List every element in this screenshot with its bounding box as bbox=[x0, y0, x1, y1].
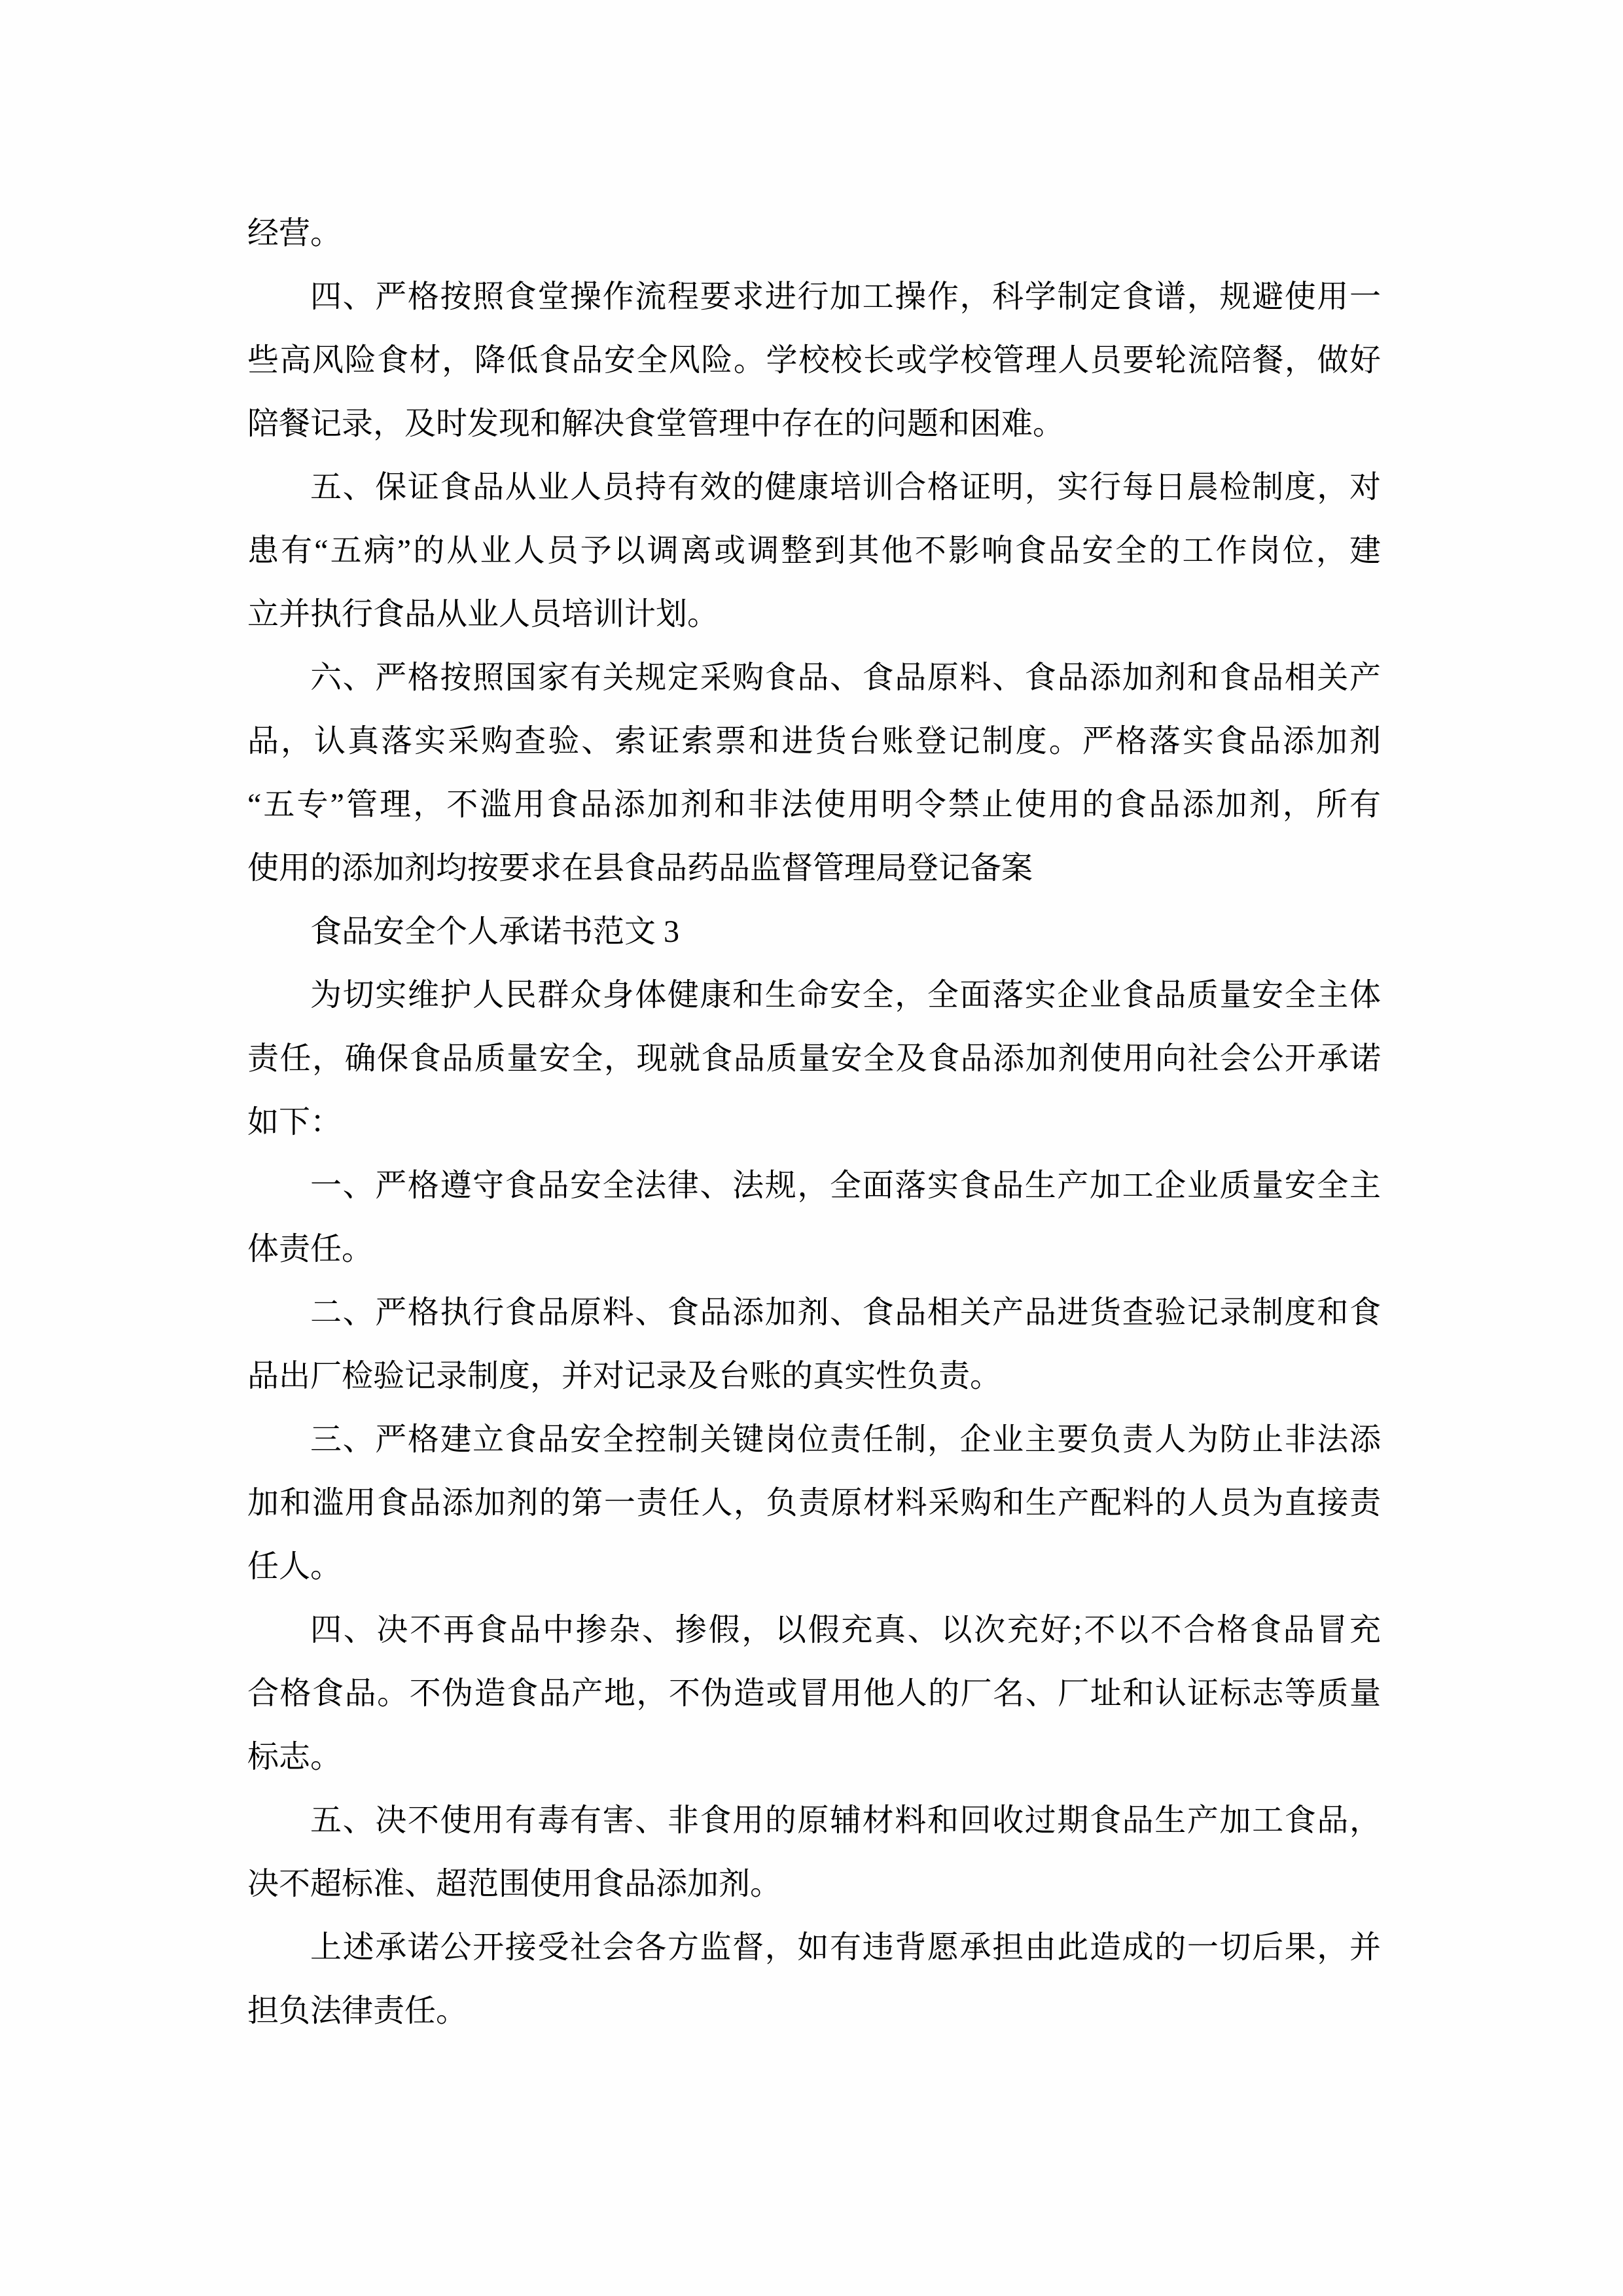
text-line: 立并执行食品从业人员培训计划。 bbox=[247, 583, 1381, 646]
text-line: 使用的添加剂均按要求在县食品药品监督管理局登记备案 bbox=[247, 836, 1381, 900]
text-line: 五、保证食品从业人员持有效的健康培训合格证明，实行每日晨检制度，对 bbox=[247, 456, 1381, 519]
text-block: 经营。四、严格按照食堂操作流程要求进行加工操作，科学制定食谱，规避使用一些高风险… bbox=[247, 202, 1381, 2043]
text-line: 上述承诺公开接受社会各方监督，如有违背愿承担由此造成的一切后果，并 bbox=[247, 1916, 1381, 1979]
document-page: 经营。四、严格按照食堂操作流程要求进行加工操作，科学制定食谱，规避使用一些高风险… bbox=[0, 0, 1623, 2296]
text-line: 五、决不使用有毒有害、非食用的原辅材料和回收过期食品生产加工食品， bbox=[247, 1789, 1381, 1852]
text-line: 担负法律责任。 bbox=[247, 1979, 1381, 2043]
text-line: 加和滥用食品添加剂的第一责任人，负责原材料采购和生产配料的人员为直接责 bbox=[247, 1471, 1381, 1535]
text-line: 四、严格按照食堂操作流程要求进行加工操作，科学制定食谱，规避使用一 bbox=[247, 265, 1381, 329]
text-line: 一、严格遵守食品安全法律、法规，全面落实食品生产加工企业质量安全主 bbox=[247, 1154, 1381, 1217]
text-line: 标志。 bbox=[247, 1725, 1381, 1789]
text-line: 六、严格按照国家有关规定采购食品、食品原料、食品添加剂和食品相关产 bbox=[247, 646, 1381, 709]
text-line: 体责任。 bbox=[247, 1217, 1381, 1281]
text-line: 品出厂检验记录制度，并对记录及台账的真实性负责。 bbox=[247, 1344, 1381, 1408]
text-line: 些高风险食材，降低食品安全风险。学校校长或学校管理人员要轮流陪餐，做好 bbox=[247, 329, 1381, 392]
text-line: 任人。 bbox=[247, 1535, 1381, 1598]
text-line: 食品安全个人承诺书范文 3 bbox=[247, 900, 1381, 963]
text-line: 决不超标准、超范围使用食品添加剂。 bbox=[247, 1852, 1381, 1916]
text-line: 品，认真落实采购查验、索证索票和进货台账登记制度。严格落实食品添加剂 bbox=[247, 709, 1381, 773]
text-line: 陪餐记录，及时发现和解决食堂管理中存在的问题和困难。 bbox=[247, 392, 1381, 456]
text-line: 四、决不再食品中掺杂、掺假，以假充真、以次充好;不以不合格食品冒充 bbox=[247, 1598, 1381, 1662]
text-line: “五专”管理，不滥用食品添加剂和非法使用明令禁止使用的食品添加剂，所有 bbox=[247, 773, 1381, 836]
text-line: 三、严格建立食品安全控制关键岗位责任制，企业主要负责人为防止非法添 bbox=[247, 1408, 1381, 1471]
text-line: 经营。 bbox=[247, 202, 1381, 265]
text-line: 为切实维护人民群众身体健康和生命安全，全面落实企业食品质量安全主体 bbox=[247, 963, 1381, 1027]
text-line: 如下： bbox=[247, 1090, 1381, 1154]
text-line: 合格食品。不伪造食品产地，不伪造或冒用他人的厂名、厂址和认证标志等质量 bbox=[247, 1662, 1381, 1725]
text-line: 责任，确保食品质量安全，现就食品质量安全及食品添加剂使用向社会公开承诺 bbox=[247, 1027, 1381, 1090]
text-line: 患有“五病”的从业人员予以调离或调整到其他不影响食品安全的工作岗位，建 bbox=[247, 519, 1381, 583]
text-line: 二、严格执行食品原料、食品添加剂、食品相关产品进货查验记录制度和食 bbox=[247, 1281, 1381, 1344]
